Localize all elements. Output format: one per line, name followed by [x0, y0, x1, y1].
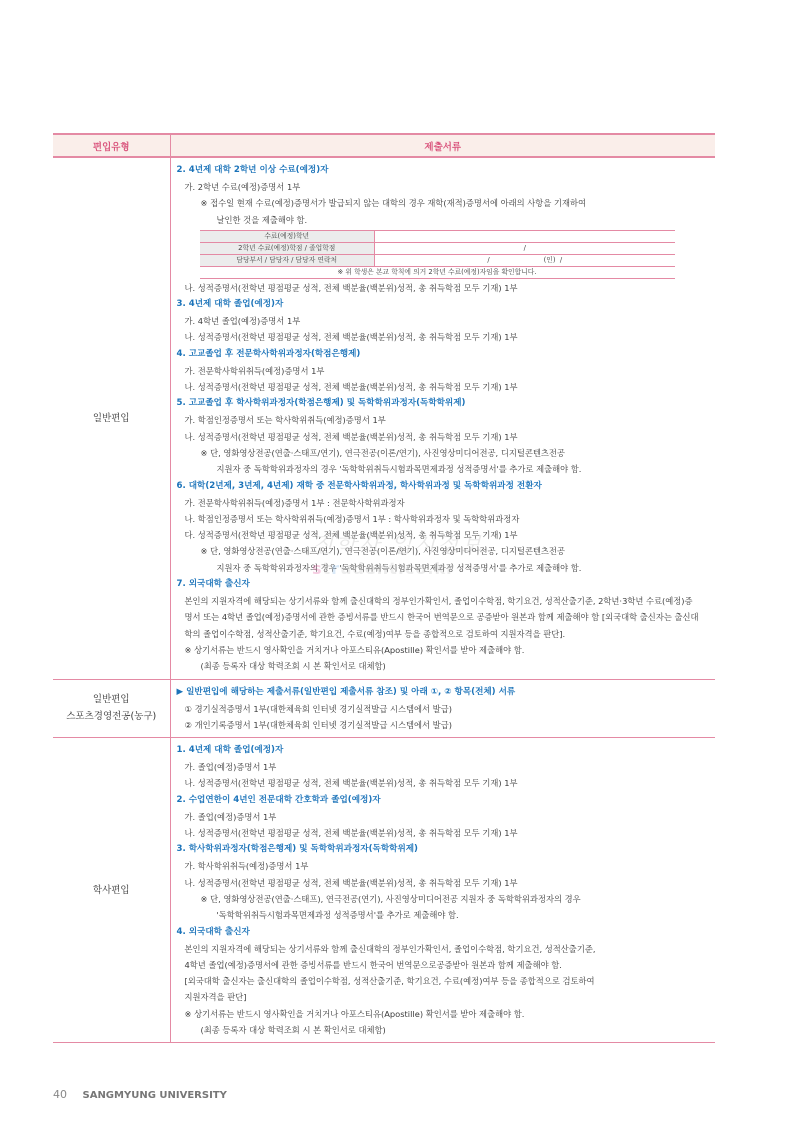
- item: 나. 성적증명서(전학년 평점평균 성적, 전체 백분율(백분위)성적, 총 취…: [177, 329, 716, 345]
- note-line: (최종 등록자 대상 학력조회 시 본 확인서로 대체함): [177, 658, 716, 674]
- form-row: 담당부서 / 담당자 / 담당자 연락처 / (인) /: [200, 254, 675, 266]
- documents-sports: ▶ 일반편입에 해당하는 제출서류(일반편입 제출서류 참조) 및 아래 ①, …: [170, 679, 715, 738]
- section-2: 2. 수업연한이 4년인 전문대학 간호학과 졸업(예정)자 가. 졸업(예정)…: [177, 792, 716, 842]
- section-title: 6. 대학(2년제, 3년제, 4년제) 재학 중 전문학사학위과정, 학사학위…: [177, 478, 716, 495]
- item: ② 개인기록증명서 1부(대한체육회 인터넷 경기실적발급 시스템에서 발급): [177, 717, 716, 733]
- form-label: 담당부서 / 담당자 / 담당자 연락처: [200, 254, 375, 266]
- note-line: ※ 단, 영화영상전공(연출·스태프/연기), 연극전공(이론/연기), 사진영…: [177, 445, 716, 461]
- item: 나. 성적증명서(전학년 평점평균 성적, 전체 백분율(백분위)성적, 총 취…: [177, 379, 716, 395]
- note-line: 지원자 중 독학학위과정자의 경우 '독학학위취득시험과목면제과정 성적증명서'…: [177, 461, 716, 477]
- item: 나. 학점인정증명서 또는 학사학위취득(예정)증명서 1부 : 학사학위과정자…: [177, 511, 716, 527]
- university-name: SANGMYUNG UNIVERSITY: [83, 1090, 227, 1101]
- table-header-row: 편입유형 제출서류: [53, 134, 715, 157]
- paragraph-line: 4학년 졸업(예정)증명서에 관한 증빙서류를 반드시 한국어 번역문으로공증받…: [177, 957, 716, 973]
- item: 가. 전문학사학위취득(예정)증명서 1부 : 전문학사학위과정자: [177, 495, 716, 511]
- section-6: 6. 대학(2년제, 3년제, 4년제) 재학 중 전문학사학위과정, 학사학위…: [177, 478, 716, 576]
- section-title: ▶ 일반편입에 해당하는 제출서류(일반편입 제출서류 참조) 및 아래 ①, …: [177, 684, 716, 701]
- section-2: 2. 4년제 대학 2학년 이상 수료(예정)자 가. 2학년 수료(예정)증명…: [177, 162, 716, 296]
- section-3: 3. 4년제 대학 졸업(예정)자 가. 4학년 졸업(예정)증명서 1부 나.…: [177, 296, 716, 346]
- section-3: 3. 학사학위과정자(학점은행제) 및 독학학위과정자(독학학위제) 가. 학사…: [177, 841, 716, 923]
- note-line: (최종 등록자 대상 학력조회 시 본 확인서로 대체함): [177, 1022, 716, 1038]
- form-row: 2학년 수료(예정)학점 / 졸업학점 /: [200, 242, 675, 254]
- form-label: 수료(예정)학년: [200, 230, 375, 242]
- table-row: 일반편입 2. 4년제 대학 2학년 이상 수료(예정)자 가. 2학년 수료(…: [53, 157, 715, 679]
- transfer-type-general: 일반편입: [53, 157, 170, 679]
- section-title: 4. 외국대학 출신자: [177, 924, 716, 941]
- transfer-type-bachelor: 학사편입: [53, 738, 170, 1043]
- section-title: 2. 수업연한이 4년인 전문대학 간호학과 졸업(예정)자: [177, 792, 716, 809]
- section-title: 4. 고교졸업 후 전문학사학위과정자(학점은행제): [177, 346, 716, 363]
- note-line: 날인한 것을 제출해야 함.: [177, 212, 716, 228]
- type-line: 일반편입: [53, 691, 170, 708]
- item: 나. 성적증명서(전학년 평점평균 성적, 전체 백분율(백분위)성적, 총 취…: [177, 429, 716, 445]
- item: 가. 졸업(예정)증명서 1부: [177, 759, 716, 775]
- item: 가. 전문학사학위취득(예정)증명서 1부: [177, 363, 716, 379]
- page-footer: 40 SANGMYUNG UNIVERSITY: [53, 1088, 227, 1101]
- section-title: 3. 학사학위과정자(학점은행제) 및 독학학위과정자(독학학위제): [177, 841, 716, 858]
- paragraph-line: 지원자격을 판단]: [177, 989, 716, 1005]
- form-value: /: [375, 242, 675, 254]
- item: ① 경기실적증명서 1부(대한체육회 인터넷 경기실적발급 시스템에서 발급): [177, 701, 716, 717]
- section-title: 5. 고교졸업 후 학사학위과정자(학점은행제) 및 독학학위과정자(독학학위제…: [177, 395, 716, 412]
- documents-bachelor: 1. 4년제 대학 졸업(예정)자 가. 졸업(예정)증명서 1부 나. 성적증…: [170, 738, 715, 1043]
- section-1: 1. 4년제 대학 졸업(예정)자 가. 졸업(예정)증명서 1부 나. 성적증…: [177, 742, 716, 792]
- form-value: / (인) /: [375, 254, 675, 266]
- item-b: 나. 성적증명서(전학년 평점평균 성적, 전체 백분율(백분위)성적, 총 취…: [177, 280, 716, 296]
- documents-general: 2. 4년제 대학 2학년 이상 수료(예정)자 가. 2학년 수료(예정)증명…: [170, 157, 715, 679]
- paragraph: 본인의 지원자격에 해당되는 상기서류와 함께 출신대학의 정부인가확인서, 졸…: [177, 593, 716, 642]
- form-value: [375, 230, 675, 242]
- item: 가. 4학년 졸업(예정)증명서 1부: [177, 313, 716, 329]
- item: 나. 성적증명서(전학년 평점평균 성적, 전체 백분율(백분위)성적, 총 취…: [177, 825, 716, 841]
- note-line: ※ 상기서류는 반드시 영사확인을 거치거나 아포스티유(Apostille) …: [177, 642, 716, 658]
- note-line: '독학학위취득시험과목면제과정 성적증명서'를 추가로 제출해야 함.: [177, 907, 716, 923]
- paragraph-line: 본인의 지원자격에 해당되는 상기서류와 함께 출신대학의 정부인가확인서, 졸…: [177, 941, 716, 957]
- transfer-type-sports: 일반편입 스포츠경영전공(농구): [53, 679, 170, 738]
- item: 다. 성적증명서(전학년 평점평균 성적, 전체 백분율(백분위)성적, 총 취…: [177, 527, 716, 543]
- section-4: 4. 외국대학 출신자 본인의 지원자격에 해당되는 상기서류와 함께 출신대학…: [177, 924, 716, 1039]
- item: 가. 졸업(예정)증명서 1부: [177, 809, 716, 825]
- form-row: 수료(예정)학년: [200, 230, 675, 242]
- section-title: 1. 4년제 대학 졸업(예정)자: [177, 742, 716, 759]
- section-7: 7. 외국대학 출신자 본인의 지원자격에 해당되는 상기서류와 함께 출신대학…: [177, 576, 716, 674]
- note-line: ※ 상기서류는 반드시 영사확인을 거치거나 아포스티유(Apostille) …: [177, 1006, 716, 1022]
- section-title: 7. 외국대학 출신자: [177, 576, 716, 593]
- table-row: 일반편입 스포츠경영전공(농구) ▶ 일반편입에 해당하는 제출서류(일반편입 …: [53, 679, 715, 738]
- section-title: 2. 4년제 대학 2학년 이상 수료(예정)자: [177, 162, 716, 179]
- note-line: ※ 단, 영화영상전공(연출·스태프/연기), 연극전공(이론/연기), 사진영…: [177, 543, 716, 559]
- required-documents-table: 편입유형 제출서류 일반편입 2. 4년제 대학 2학년 이상 수료(예정)자 …: [53, 133, 715, 1043]
- item-a: 가. 2학년 수료(예정)증명서 1부: [177, 179, 716, 195]
- note-line: ※ 단, 영화영상전공(연출·스태프), 연극전공(연기), 사진영상미디어전공…: [177, 891, 716, 907]
- paragraph-line: [외국대학 출신자는 출신대학의 졸업이수학점, 성적산출기준, 학기요건, 수…: [177, 973, 716, 989]
- item: 나. 성적증명서(전학년 평점평균 성적, 전체 백분율(백분위)성적, 총 취…: [177, 775, 716, 791]
- item: 나. 성적증명서(전학년 평점평균 성적, 전체 백분율(백분위)성적, 총 취…: [177, 875, 716, 891]
- type-line: 스포츠경영전공(농구): [53, 708, 170, 725]
- note-line: 지원자 중 독학학위과정자의 경우 '독학학위취득시험과목면제과정 성적증명서'…: [177, 560, 716, 576]
- section-title: 3. 4년제 대학 졸업(예정)자: [177, 296, 716, 313]
- table-row: 학사편입 1. 4년제 대학 졸업(예정)자 가. 졸업(예정)증명서 1부 나…: [53, 738, 715, 1043]
- form-note: ※ 위 학생은 본교 학칙에 의거 2학년 수료(예정)자임을 확인합니다.: [200, 266, 675, 278]
- certification-form-table: 수료(예정)학년 2학년 수료(예정)학점 / 졸업학점 / 담당부서 / 담당…: [200, 230, 675, 279]
- item: 가. 학사학위취득(예정)증명서 1부: [177, 858, 716, 874]
- section-5: 5. 고교졸업 후 학사학위과정자(학점은행제) 및 독학학위과정자(독학학위제…: [177, 395, 716, 477]
- section-4: 4. 고교졸업 후 전문학사학위과정자(학점은행제) 가. 전문학사학위취득(예…: [177, 346, 716, 396]
- item: 가. 학점인정증명서 또는 학사학위취득(예정)증명서 1부: [177, 412, 716, 428]
- note-line: ※ 접수일 현재 수료(예정)증명서가 발급되지 않는 대학의 경우 재학(재적…: [177, 195, 716, 211]
- page-number: 40: [53, 1088, 67, 1101]
- header-transfer-type: 편입유형: [53, 134, 170, 157]
- header-documents: 제출서류: [170, 134, 715, 157]
- form-label: 2학년 수료(예정)학점 / 졸업학점: [200, 242, 375, 254]
- form-note-row: ※ 위 학생은 본교 학칙에 의거 2학년 수료(예정)자임을 확인합니다.: [200, 266, 675, 278]
